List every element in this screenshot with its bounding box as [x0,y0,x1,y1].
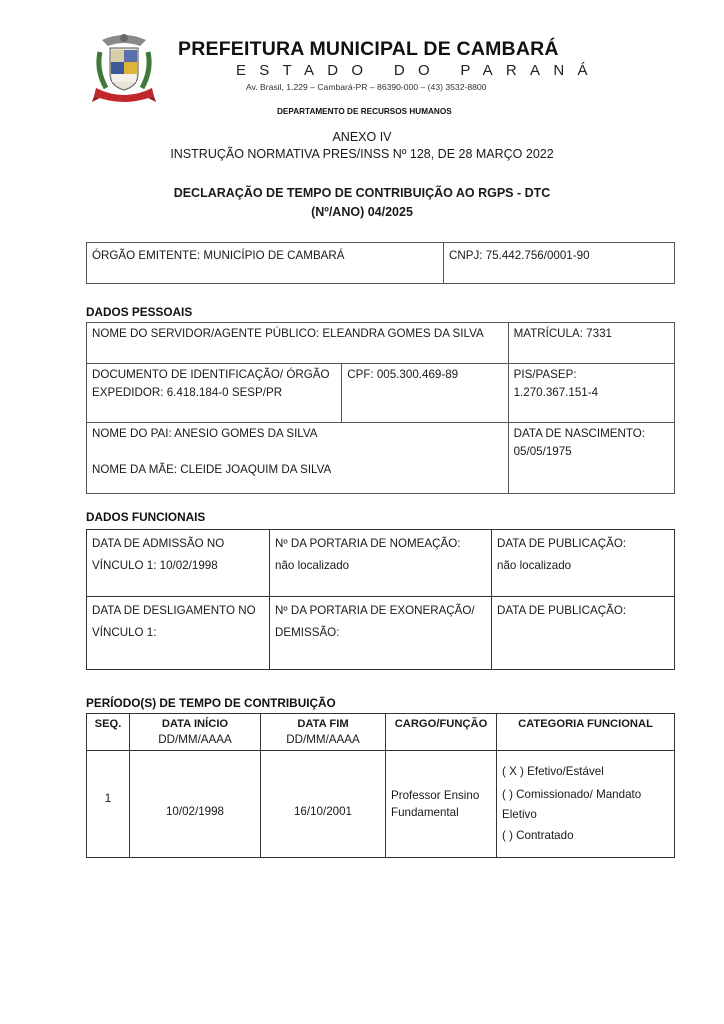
publication-date-2: DATA DE PUBLICAÇÃO: [492,597,675,670]
table-header-row: SEQ. DATA INÍCIO DD/MM/AAAA DATA FIM DD/… [87,714,675,751]
document-number: (Nº/ANO) 04/2025 [0,205,724,219]
organization-name: PREFEITURA MUNICIPAL DE CAMBARÁ [178,38,559,61]
pis-pasep-label: PIS/PASEP: [514,366,669,384]
section-title-functional: DADOS FUNCIONAIS [86,510,205,524]
category-option-commissioned: ( ) Comissionado/ Mandato Eletivo [502,783,669,825]
section-title-personal: DADOS PESSOAIS [86,305,192,319]
identification-document: DOCUMENTO DE IDENTIFICAÇÃO/ ÓRGÃO EXPEDI… [87,364,342,423]
cpf-number: CPF: 005.300.469-89 [342,364,508,423]
column-header-end: DATA FIM DD/MM/AAAA [261,714,386,751]
contribution-periods-table: SEQ. DATA INÍCIO DD/MM/AAAA DATA FIM DD/… [86,713,675,858]
state-name: ESTADO DO PARANÁ [236,62,601,79]
table-row: NOME DO SERVIDOR/AGENTE PÚBLICO: ELEANDR… [87,323,675,364]
cell-category: ( X ) Efetivo/Estável ( ) Comissionado/ … [497,751,675,858]
pis-pasep: PIS/PASEP: 1.270.367.151-4 [508,364,674,423]
server-name: NOME DO SERVIDOR/AGENTE PÚBLICO: ELEANDR… [87,323,509,364]
category-option-contracted: ( ) Contratado [502,825,669,847]
pis-pasep-value: 1.270.367.151-4 [514,384,669,402]
appointment-ordinance: Nº DA PORTARIA DE NOMEAÇÃO: não localiza… [270,530,492,597]
issuer-table: ÓRGÃO EMITENTE: MUNICÍPIO DE CAMBARÁ CNP… [86,242,675,284]
column-header-end-format: DD/MM/AAAA [264,732,382,748]
organization-address: Av. Brasil, 1.229 – Cambará-PR – 86390-0… [246,82,486,92]
document-title: DECLARAÇÃO DE TEMPO DE CONTRIBUIÇÃO AO R… [0,186,724,200]
annex-label: ANEXO IV [0,130,724,144]
table-row: DATA DE DESLIGAMENTO NO VÍNCULO 1: Nº DA… [87,597,675,670]
publication-date-1-value: não localizado [497,555,671,577]
coat-of-arms-icon [92,30,156,106]
column-header-seq: SEQ. [87,714,130,751]
issuer-organ: ÓRGÃO EMITENTE: MUNICÍPIO DE CAMBARÁ [87,243,444,284]
admission-date: DATA DE ADMISSÃO NO VÍNCULO 1: 10/02/199… [87,530,270,597]
birth-date-label: DATA DE NASCIMENTO: [514,425,669,443]
issuer-cnpj: CNPJ: 75.442.756/0001-90 [444,243,675,284]
personal-data-table: NOME DO SERVIDOR/AGENTE PÚBLICO: ELEANDR… [86,322,675,494]
appointment-ordinance-value: não localizado [275,555,488,577]
column-header-end-label: DATA FIM [297,718,348,730]
cell-role: Professor Ensino Fundamental [386,751,497,858]
cell-seq: 1 [87,751,130,858]
birth-date: DATA DE NASCIMENTO: 05/05/1975 [508,423,674,494]
appointment-ordinance-label: Nº DA PORTARIA DE NOMEAÇÃO: [275,533,488,555]
department-name: DEPARTAMENTO DE RECURSOS HUMANOS [277,107,452,116]
table-row: ÓRGÃO EMITENTE: MUNICÍPIO DE CAMBARÁ CNP… [87,243,675,284]
father-name: NOME DO PAI: ANESIO GOMES DA SILVA [92,425,503,443]
mother-name: NOME DA MÃE: CLEIDE JOAQUIM DA SILVA [92,461,503,479]
table-row: NOME DO PAI: ANESIO GOMES DA SILVA NOME … [87,423,675,494]
normative-instruction: INSTRUÇÃO NORMATIVA PRES/INSS Nº 128, DE… [0,147,724,161]
birth-date-value: 05/05/1975 [514,443,669,461]
cell-end-date: 16/10/2001 [261,751,386,858]
table-row: DOCUMENTO DE IDENTIFICAÇÃO/ ÓRGÃO EXPEDI… [87,364,675,423]
table-row: 1 10/02/1998 16/10/2001 Professor Ensino… [87,751,675,858]
column-header-start-label: DATA INÍCIO [162,718,228,730]
column-header-start: DATA INÍCIO DD/MM/AAAA [130,714,261,751]
table-row: DATA DE ADMISSÃO NO VÍNCULO 1: 10/02/199… [87,530,675,597]
column-header-role: CARGO/FUNÇÃO [386,714,497,751]
column-header-start-format: DD/MM/AAAA [133,732,257,748]
parents-names: NOME DO PAI: ANESIO GOMES DA SILVA NOME … [87,423,509,494]
publication-date-1: DATA DE PUBLICAÇÃO: não localizado [492,530,675,597]
section-title-periods: PERÍODO(S) DE TEMPO DE CONTRIBUIÇÃO [86,696,336,710]
publication-date-1-label: DATA DE PUBLICAÇÃO: [497,533,671,555]
exoneration-ordinance: Nº DA PORTARIA DE EXONERAÇÃO/ DEMISSÃO: [270,597,492,670]
termination-date: DATA DE DESLIGAMENTO NO VÍNCULO 1: [87,597,270,670]
cell-start-date: 10/02/1998 [130,751,261,858]
registration-number: MATRÍCULA: 7331 [508,323,674,364]
column-header-category: CATEGORIA FUNCIONAL [497,714,675,751]
functional-data-table: DATA DE ADMISSÃO NO VÍNCULO 1: 10/02/199… [86,529,675,670]
category-option-effective: ( X ) Efetivo/Estável [502,761,669,783]
